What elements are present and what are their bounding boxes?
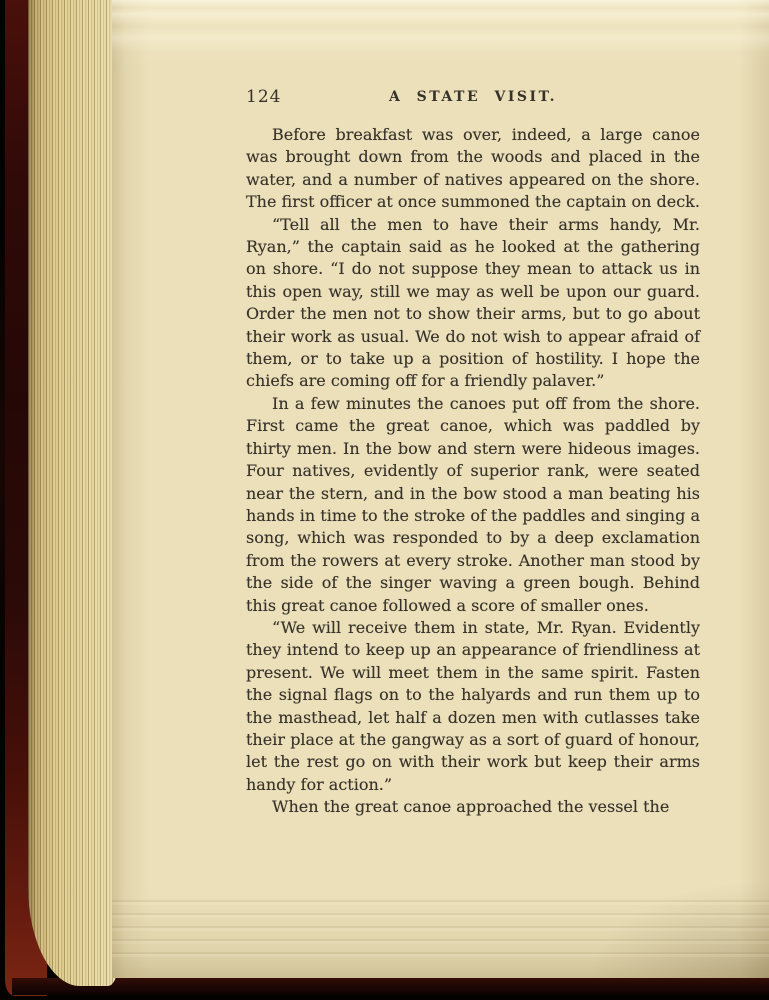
- book-page: 124 A STATE VISIT. Before breakfast was …: [112, 0, 769, 978]
- body-text: Before breakfast was over, indeed, a lar…: [246, 124, 700, 819]
- page-content: 124 A STATE VISIT. Before breakfast was …: [246, 86, 700, 819]
- page-number: 124: [246, 87, 281, 107]
- running-title: A STATE VISIT.: [246, 86, 700, 105]
- paragraph-5: When the great canoe approached the vess…: [246, 796, 700, 818]
- paragraph-2: “Tell all the men to have their arms han…: [246, 214, 700, 393]
- book-photo: 124 A STATE VISIT. Before breakfast was …: [0, 0, 769, 1000]
- paragraph-4: “We will receive them in state, Mr. Ryan…: [246, 617, 700, 796]
- paragraph-1: Before breakfast was over, indeed, a lar…: [246, 124, 700, 214]
- book-cover-bottom-edge: [12, 978, 769, 995]
- page-header: 124 A STATE VISIT.: [246, 86, 700, 108]
- paragraph-3: In a few minutes the canoes put off from…: [246, 393, 700, 617]
- page-stack-edges: [28, 0, 118, 986]
